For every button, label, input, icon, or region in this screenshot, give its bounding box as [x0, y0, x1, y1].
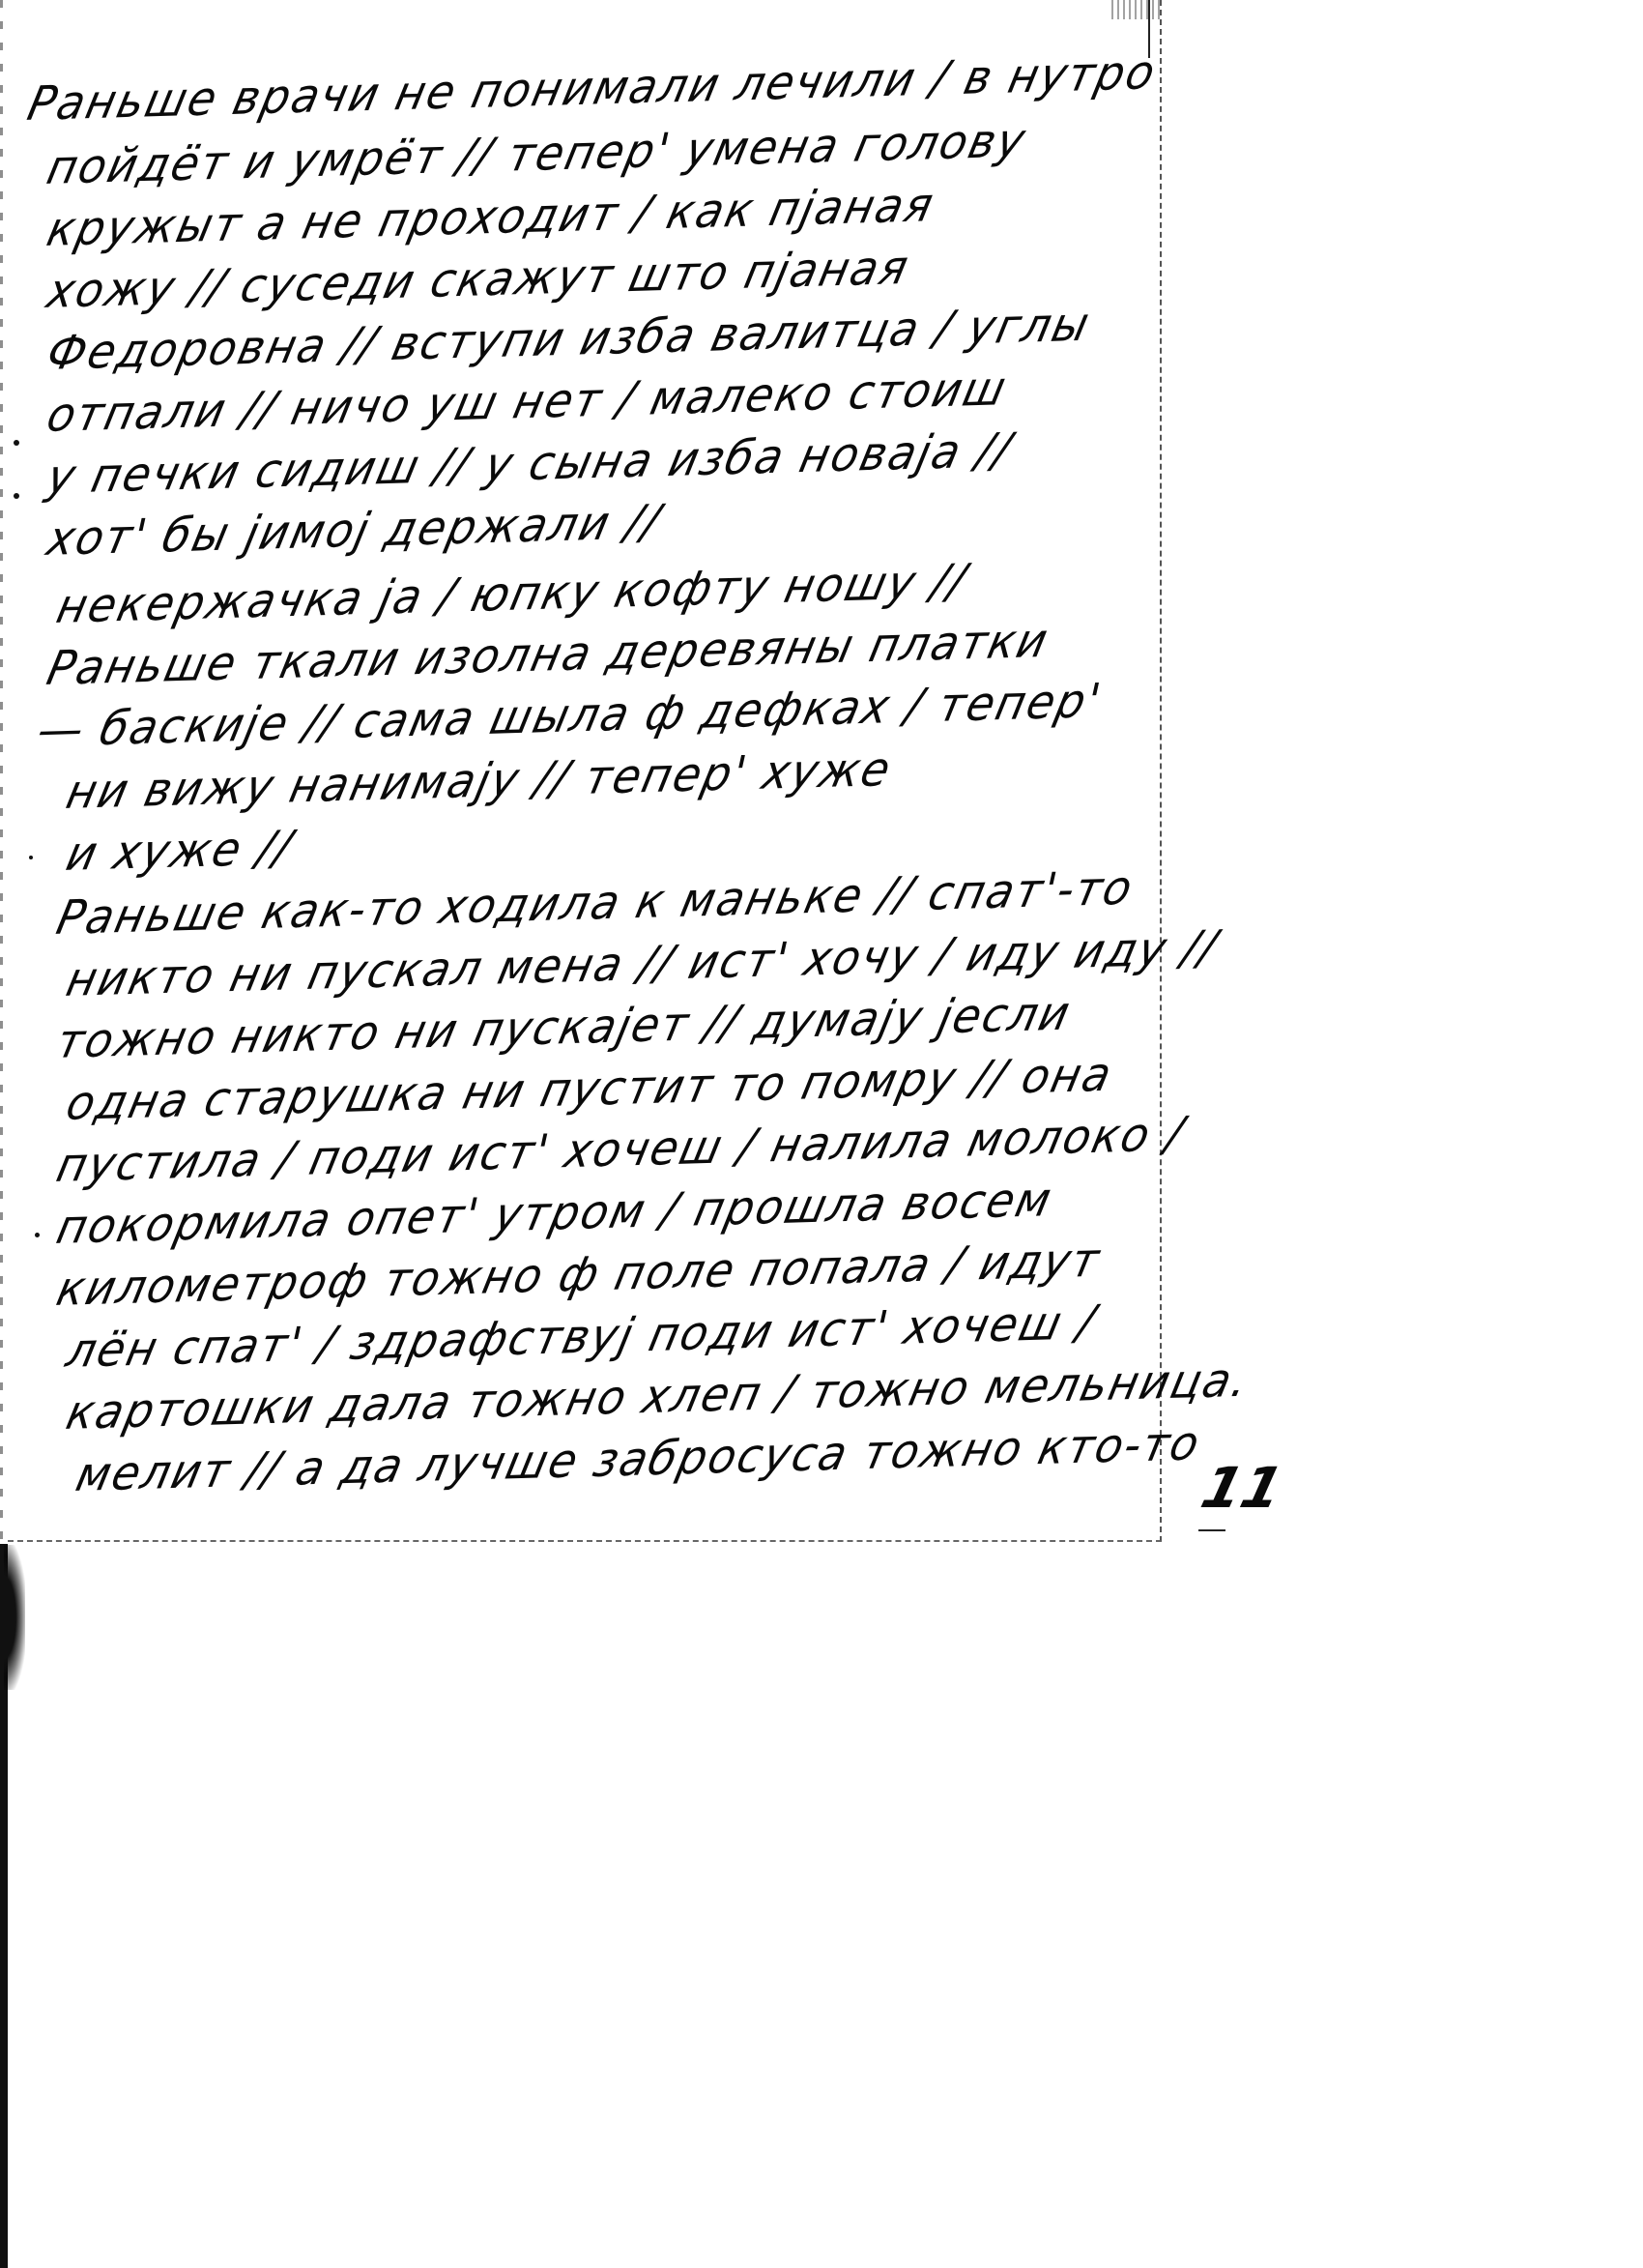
- margin-dot: [14, 440, 19, 446]
- text-line: и хуже //: [62, 820, 299, 882]
- scan-left-edge: [0, 0, 3, 1542]
- scan-top-smudge: [1111, 0, 1162, 19]
- page-number: 11: [1196, 1455, 1290, 1521]
- margin-dot: [35, 1233, 40, 1237]
- scan-bottom-mark: [1198, 1529, 1225, 1531]
- scan-smudge: [4, 1545, 25, 1690]
- scanned-page: Раньше врачи не понимали лечили / в нутр…: [0, 0, 1643, 2268]
- margin-dot: [29, 856, 33, 859]
- margin-dot: [14, 493, 19, 499]
